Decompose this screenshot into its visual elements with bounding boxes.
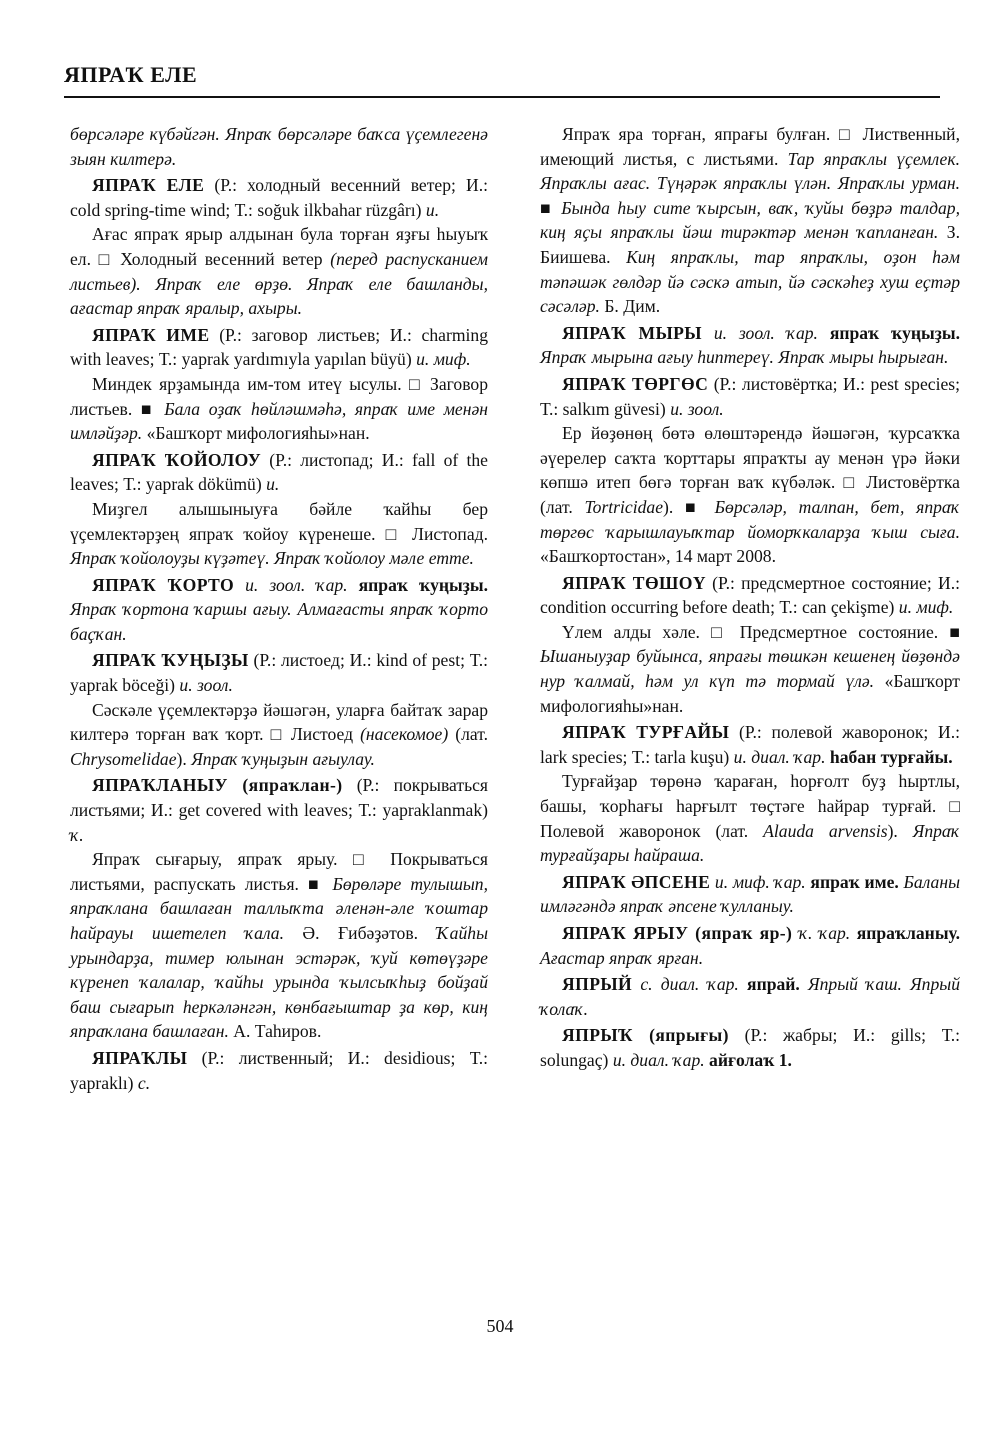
dictionary-entry: ЯПРАҠ ҠОЙОЛОУ (Р.: листопад; И.: fall of…: [70, 448, 488, 497]
text-run: ). ■: [663, 497, 715, 517]
entry-definition: Миндек ярҙамында им-том итеү ысулы. □ За…: [70, 372, 488, 446]
italic-text: Ағастар япраҡ ярған.: [540, 948, 703, 968]
bold-crossref: япраҡланыу.: [857, 923, 960, 943]
headword: ЯПРАҠ ЕЛЕ: [92, 175, 204, 195]
entry-definition: Япраҡ яра торған, япрағы булған. □ Листв…: [540, 122, 960, 319]
bold-crossref: һабан турғайы.: [830, 747, 953, 767]
entry-definition: Ағас япраҡ ярыр алдынан була торған яҙғы…: [70, 222, 488, 320]
italic-text: бөрсәләре күбәйгән. Япраҡ бөрсәләре баҡс…: [70, 124, 488, 169]
italic-text: и. диал. ҡар.: [613, 1050, 709, 1070]
right-column: Япраҡ яра торған, япрағы булған. □ Листв…: [540, 122, 960, 1095]
headword: ЯПРАҠЛАНЫУ (япраҡлан-): [92, 775, 343, 795]
italic-text: и. диал. ҡар.: [734, 747, 830, 767]
header-rule: [64, 96, 940, 98]
entry-definition: Миҙгел алышыныуға бәйле ҡайһы бер үҫемле…: [70, 497, 488, 571]
text-run: (лат.: [448, 724, 488, 744]
dictionary-entry: ЯПРАҠ ТӨРГӨС (Р.: листовёртка; И.: pest …: [540, 372, 960, 421]
dictionary-entry: ЯПРАҠ ТӨШОҮ (Р.: предсмертное состояние;…: [540, 571, 960, 620]
page-number: 504: [0, 1316, 1000, 1337]
bold-crossref: япраҡ ҡуңыҙы.: [359, 575, 488, 595]
page-header: ЯПРАҠ ЕЛЕ: [64, 62, 940, 98]
headword: ЯПРАҠ МЫРЫ: [562, 323, 702, 343]
text-run: ).: [888, 821, 913, 841]
italic-text: Япраҡ ҡортона ҡаршы ағыу. Алмағасты япра…: [70, 599, 488, 644]
text-run: Ә. Ғибәҙәтов.: [284, 923, 437, 943]
entry-definition: Үлем алды хәле. □ Предсмертное состояние…: [540, 620, 960, 718]
italic-text: и.: [426, 200, 439, 220]
text-run: ■: [540, 198, 561, 218]
headword: ЯПРАҠ ИМЕ: [92, 325, 210, 345]
italic-text: (насекомое): [360, 724, 448, 744]
italic-text: и. зоол. ҡар.: [234, 575, 359, 595]
italic-text: Chrysomelidae: [70, 749, 177, 769]
running-head: ЯПРАҠ ЕЛЕ: [64, 62, 940, 88]
headword: ЯПРЫЙ: [562, 974, 632, 994]
entry-definition: Турғайҙар төрөнә ҡараған, һорғолт буҙ һы…: [540, 769, 960, 867]
italic-text: и. миф.: [416, 349, 471, 369]
continued-text: бөрсәләре күбәйгән. Япраҡ бөрсәләре баҡс…: [70, 122, 488, 171]
italic-text: с. диал. ҡар.: [632, 974, 747, 994]
dictionary-entry: ЯПРЫЙ с. диал. ҡар. япрай. Япрый ҡаш. Яп…: [540, 972, 960, 1021]
dictionary-entry: ЯПРЫҠ (япрығы) (Р.: жабры; И.: gills; Т.…: [540, 1023, 960, 1072]
headword: ЯПРАҠ ТӨШОҮ: [562, 573, 706, 593]
headword: ЯПРАҠ ТУРҒАЙЫ: [562, 722, 729, 742]
italic-text: ҡ. ҡар.: [792, 923, 856, 943]
headword: ЯПРАҠ ЯРЫУ (япраҡ яр-): [562, 923, 792, 943]
italic-text: Alauda arvensis: [763, 821, 887, 841]
text-run: ).: [177, 749, 192, 769]
italic-text: Япраҡ ҡуңыҙын ағыулау.: [191, 749, 375, 769]
italic-text: ҡ.: [70, 825, 84, 845]
bold-crossref: япраҡ име.: [810, 872, 898, 892]
dictionary-entry: ЯПРАҠ ҠУҢЫҘЫ (Р.: листоед; И.: kind of p…: [70, 648, 488, 697]
bold-crossref: айғолаҡ 1.: [709, 1050, 792, 1070]
dictionary-entry: ЯПРАҠ МЫРЫ и. зоол. ҡар. япраҡ ҡуңыҙы. Я…: [540, 321, 960, 370]
dictionary-entry: ЯПРАҠ ҠОРТО и. зоол. ҡар. япраҡ ҡуңыҙы. …: [70, 573, 488, 647]
italic-text: Япраҡ мырына ағыу һиптереү. Япраҡ мыры һ…: [540, 347, 948, 367]
text-run: Б. Дим.: [600, 296, 660, 316]
italic-text: Бында һыу сите ҡырсын, ваҡ, ҡуйы бөҙрә т…: [540, 198, 960, 243]
italic-text: и. миф.: [899, 597, 954, 617]
headword: ЯПРАҠ ҠУҢЫҘЫ: [92, 650, 249, 670]
bold-crossref: япраҡ ҡуңыҙы.: [830, 323, 960, 343]
headword: ЯПРАҠ ТӨРГӨС: [562, 374, 708, 394]
headword: ЯПРАҠ ҠОЙОЛОУ: [92, 450, 261, 470]
headword: ЯПРАҠ ҠОРТО: [92, 575, 234, 595]
italic-text: Tortricidae: [584, 497, 663, 517]
italic-text: Япраҡ ҡойолоуҙы күҙәтеү. Япраҡ ҡойолоу м…: [70, 548, 474, 568]
dictionary-entry: ЯПРАҠ ЕЛЕ (Р.: холодный весенний ветер; …: [70, 173, 488, 222]
dictionary-entry: ЯПРАҠ ИМЕ (Р.: заговор листьев; И.: char…: [70, 323, 488, 372]
left-column: бөрсәләре күбәйгән. Япраҡ бөрсәләре баҡс…: [70, 122, 488, 1095]
bold-crossref: япрай.: [747, 974, 800, 994]
headword: ЯПРАҠ ӘПСЕНЕ: [562, 872, 710, 892]
text-run: А. Таһиров.: [229, 1021, 322, 1041]
italic-text: и. зоол.: [179, 675, 232, 695]
text-run: «Башҡорт мифологияһы»нан.: [142, 423, 369, 443]
italic-text: и.: [266, 474, 279, 494]
dictionary-entry: ЯПРАҠ ӘПСЕНЕ и. миф. ҡар. япраҡ име. Бал…: [540, 870, 960, 919]
italic-text: с.: [138, 1073, 150, 1093]
text-run: Үлем алды хәле. □ Предсмертное состояние…: [562, 622, 960, 642]
dictionary-entry: ЯПРАҠЛЫ (Р.: лиственный; И.: desidious; …: [70, 1046, 488, 1095]
text-run: «Башҡортостан», 14 март 2008.: [540, 546, 776, 566]
dictionary-entry: ЯПРАҠ ЯРЫУ (япраҡ яр-) ҡ. ҡар. япраҡланы…: [540, 921, 960, 970]
dictionary-body: бөрсәләре күбәйгән. Япраҡ бөрсәләре баҡс…: [70, 122, 960, 1095]
italic-text: и. зоол.: [670, 399, 723, 419]
dictionary-entry: ЯПРАҠ ТУРҒАЙЫ (Р.: полевой жаворонок; И.…: [540, 720, 960, 769]
dictionary-entry: ЯПРАҠЛАНЫУ (япраҡлан-) (Р.: покрываться …: [70, 773, 488, 847]
entry-definition: Япраҡ сығарыу, япраҡ ярыу. □ Покрываться…: [70, 847, 488, 1044]
text-run: Миҙгел алышыныуға бәйле ҡайһы бер үҫемле…: [70, 499, 488, 544]
italic-text: и. миф. ҡар.: [710, 872, 810, 892]
headword: ЯПРАҠЛЫ: [92, 1048, 187, 1068]
entry-definition: Сәскәле үҫемлектәрҙә йәшәгән, уларға бай…: [70, 698, 488, 772]
entry-definition: Ер йөҙөнөң бөтә өлөштәрендә йәшәгән, ҡур…: [540, 421, 960, 569]
headword: ЯПРЫҠ (япрығы): [562, 1025, 729, 1045]
italic-text: и. зоол. ҡар.: [702, 323, 830, 343]
